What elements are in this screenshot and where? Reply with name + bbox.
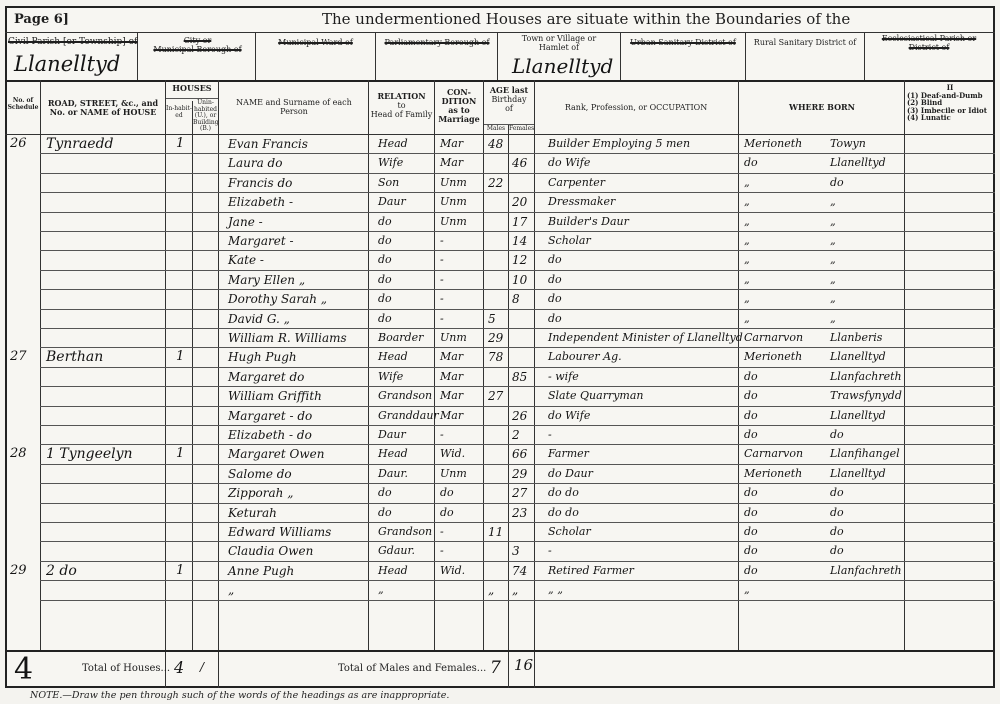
total-males: 7	[490, 658, 501, 678]
cell-condition: -	[440, 428, 444, 442]
civil-parish-value: Llanelltyd	[14, 52, 120, 76]
cell-relation: Wife	[378, 156, 403, 170]
cell-condition: Mar	[440, 350, 463, 364]
cell-occupation: Builder Employing 5 men	[548, 137, 690, 151]
row-divider	[40, 367, 995, 368]
cell-inhabited: 1	[176, 137, 184, 151]
cell-female-age: 10	[512, 273, 527, 287]
row-divider	[40, 231, 995, 232]
cell-female-age: „	[512, 583, 518, 597]
cell-name: Margaret -	[228, 234, 294, 248]
row-divider	[40, 270, 995, 271]
row-divider	[40, 153, 995, 154]
cell-relation: do	[378, 234, 392, 248]
cell-condition: Unm	[440, 331, 467, 345]
cell-born-parish: „	[830, 215, 836, 229]
row-divider	[40, 561, 995, 562]
cell-born-parish: do	[830, 176, 844, 190]
cell-occupation: Independent Minister of Llanelltyd	[548, 331, 743, 345]
cell-occupation: Farmer	[548, 447, 589, 461]
ecclesiastical-parish-label: Ecclesiastical Parish orDistrict of	[866, 34, 992, 52]
cell-born-county: Merioneth	[744, 137, 802, 151]
cell-relation: do	[378, 506, 392, 520]
cell-male-age: 11	[488, 525, 503, 539]
cell-born-county: do	[744, 486, 758, 500]
cell-born-county: „	[744, 234, 750, 248]
cell-road: 2 do	[46, 564, 77, 578]
cell-born-county: „	[744, 195, 750, 209]
cell-name: Margaret Owen	[228, 447, 324, 461]
cell-condition: -	[440, 273, 444, 287]
cell-name: Elizabeth -	[228, 195, 293, 209]
cell-born-parish: do	[830, 506, 844, 520]
cell-condition: Mar	[440, 389, 463, 403]
cell-relation: Head	[378, 350, 408, 364]
cell-born-county: „	[744, 215, 750, 229]
cell-condition: do	[440, 486, 454, 500]
cell-occupation: Scholar	[548, 234, 591, 248]
cell-name: Evan Francis	[228, 137, 308, 151]
cell-name: Mary Ellen „	[228, 273, 305, 287]
cell-born-county: do	[744, 544, 758, 558]
cell-condition: -	[440, 544, 444, 558]
cell-born-county: do	[744, 525, 758, 539]
cell-name: Hugh Pugh	[228, 350, 297, 364]
cell-schedule: 26	[10, 137, 27, 151]
cell-born-county: do	[744, 156, 758, 170]
cell-name: William R. Williams	[228, 331, 347, 345]
cell-occupation: Slate Quarryman	[548, 389, 644, 403]
cell-born-county: „	[744, 583, 750, 597]
cell-born-county: „	[744, 176, 750, 190]
cell-relation: Grandson	[378, 389, 432, 403]
col-where-born-header: WHERE BORN	[740, 103, 904, 112]
cell-relation: do	[378, 312, 392, 326]
row-divider	[40, 600, 995, 601]
document-title: The undermentioned Houses are situate wi…	[322, 10, 850, 28]
row-divider	[40, 212, 995, 213]
cell-condition: Mar	[440, 137, 463, 151]
cell-condition: -	[440, 525, 444, 539]
col-occupation-header: Rank, Profession, or OCCUPATION	[536, 103, 736, 112]
cell-born-parish: Llanelltyd	[830, 350, 886, 364]
cell-occupation: do Daur	[548, 467, 593, 481]
cell-condition: Wid.	[440, 447, 465, 461]
row-divider	[40, 444, 995, 445]
cell-condition: Mar	[440, 370, 463, 384]
cell-born-parish: Llanelltyd	[830, 156, 886, 170]
civil-parish-label: Civil Parish [or Township] of	[8, 37, 137, 47]
urban-sanitary-label: Urban Sanitary District of	[622, 38, 744, 47]
cell-occupation: do do	[548, 506, 579, 520]
row-divider	[40, 580, 995, 581]
row-divider	[40, 386, 995, 387]
cell-born-parish: „	[830, 273, 836, 287]
rural-sanitary-label: Rural Sanitary District of	[747, 38, 863, 47]
cell-male-age: 78	[488, 350, 503, 364]
cell-female-age: 29	[512, 467, 527, 481]
cell-born-parish: „	[830, 312, 836, 326]
cell-born-parish: Llanfihangel	[830, 447, 900, 461]
cell-name: Zipporah „	[228, 486, 293, 500]
cell-inhabited: 1	[176, 447, 184, 461]
cell-born-county: „	[744, 292, 750, 306]
cell-born-parish: Llanfachreth	[830, 370, 902, 384]
cell-female-age: 2	[512, 428, 520, 442]
cell-born-county: Merioneth	[744, 350, 802, 364]
row-divider	[40, 192, 995, 193]
cell-occupation: do	[548, 273, 562, 287]
cell-female-age: 20	[512, 195, 527, 209]
col-males-header: Males	[484, 126, 508, 133]
total-females: 16	[514, 656, 533, 674]
row-divider	[40, 425, 995, 426]
col-relation-header: RELATIONtoHead of Family	[369, 92, 434, 119]
cell-relation: do	[378, 215, 392, 229]
cell-condition: Mar	[440, 156, 463, 170]
cell-female-age: 85	[512, 370, 527, 384]
cell-male-age: 5	[488, 312, 496, 326]
cell-schedule: 28	[10, 447, 27, 461]
cell-born-county: „	[744, 312, 750, 326]
cell-occupation: Retired Farmer	[548, 564, 634, 578]
municipal-borough-label: City orMunicipal Borough of	[140, 36, 255, 54]
cell-born-parish: Llanelltyd	[830, 467, 886, 481]
cell-born-county: Merioneth	[744, 467, 802, 481]
cell-relation: Wife	[378, 370, 403, 384]
cell-occupation: Scholar	[548, 525, 591, 539]
cell-male-age: 29	[488, 331, 503, 345]
cell-occupation: - wife	[548, 370, 579, 384]
cell-relation: Daur	[378, 428, 406, 442]
cell-female-age: 46	[512, 156, 527, 170]
total-persons-label: Total of Males and Females...	[338, 663, 486, 674]
cell-born-county: do	[744, 564, 758, 578]
row-divider	[40, 503, 995, 504]
cell-female-age: 14	[512, 234, 527, 248]
cell-male-age: „	[488, 583, 494, 597]
cell-name: Jane -	[228, 215, 263, 229]
cell-name: Margaret do	[228, 370, 304, 384]
row-divider	[40, 309, 995, 310]
parliamentary-borough-label: Parliamentary Borough of	[378, 38, 496, 47]
cell-name: William Griffith	[228, 389, 322, 403]
cell-name: Margaret - do	[228, 409, 312, 423]
cell-female-age: 12	[512, 253, 527, 267]
cell-relation: Gdaur.	[378, 544, 415, 558]
cell-condition: Unm	[440, 467, 467, 481]
cell-condition: -	[440, 253, 444, 267]
cell-name: Dorothy Sarah „	[228, 292, 327, 306]
cell-relation: Son	[378, 176, 399, 190]
cell-born-county: do	[744, 389, 758, 403]
total-houses-label: Total of Houses...	[82, 663, 170, 674]
cell-road: Tynraedd	[46, 137, 114, 151]
cell-female-age: 8	[512, 292, 520, 306]
row-divider	[40, 173, 995, 174]
cell-relation: Boarder	[378, 331, 423, 345]
cell-inhabited: 1	[176, 350, 184, 364]
cell-born-county: Carnarvon	[744, 447, 803, 461]
row-divider	[40, 250, 995, 251]
row-divider	[40, 522, 995, 523]
cell-male-age: 22	[488, 176, 503, 190]
cell-born-county: do	[744, 506, 758, 520]
town-village-value: Llanelltyd	[512, 54, 613, 78]
cell-occupation: do	[548, 312, 562, 326]
cell-male-age: 48	[488, 137, 503, 151]
cell-schedule: 27	[10, 350, 27, 364]
cell-relation: Granddaur	[378, 409, 439, 423]
cell-born-parish: Towyn	[830, 137, 866, 151]
cell-occupation: „ „	[548, 583, 563, 597]
cell-name: David G. „	[228, 312, 290, 326]
cell-born-parish: Trawsfynydd	[830, 389, 902, 403]
col-inhabited-header: In-habit-ed	[166, 106, 192, 119]
page-houses-mark: 4	[14, 652, 33, 687]
row-divider	[40, 406, 995, 407]
cell-name: Francis do	[228, 176, 292, 190]
cell-road: Berthan	[46, 350, 103, 364]
cell-occupation: do Wife	[548, 156, 590, 170]
cell-condition: Wid.	[440, 564, 465, 578]
cell-born-parish: do	[830, 486, 844, 500]
cell-road: 1 Tyngeelyn	[46, 447, 133, 461]
col-name-header: NAME and Surname of each Person	[222, 98, 366, 116]
cell-condition: Unm	[440, 176, 467, 190]
col-uninhabited-header: Unin-habited (U.), or Building (B.)	[193, 100, 218, 133]
cell-occupation: do Wife	[548, 409, 590, 423]
cell-born-county: do	[744, 409, 758, 423]
town-village-label: Town or Village orHamlet of	[500, 34, 618, 52]
cell-born-county: „	[744, 253, 750, 267]
cell-occupation: Carpenter	[548, 176, 605, 190]
cell-female-age: 26	[512, 409, 527, 423]
col-females-header: Females	[509, 126, 534, 133]
cell-relation: do	[378, 253, 392, 267]
row-divider	[40, 483, 995, 484]
col-houses-header: HOUSES	[166, 84, 218, 93]
cell-name: Anne Pugh	[228, 564, 294, 578]
cell-condition: -	[440, 234, 444, 248]
cell-relation: Head	[378, 137, 408, 151]
cell-name: Kate -	[228, 253, 264, 267]
cell-condition: Unm	[440, 195, 467, 209]
footer-note: NOTE.—Draw the pen through such of the w…	[30, 690, 449, 701]
cell-relation: Grandson	[378, 525, 432, 539]
col-age-header: AGE lastBirthdayof	[484, 86, 534, 113]
cell-relation: do	[378, 292, 392, 306]
cell-occupation: do	[548, 253, 562, 267]
col-road-header: ROAD, STREET, &c., and No. or NAME of HO…	[42, 99, 164, 117]
cell-condition: do	[440, 506, 454, 520]
cell-female-age: 74	[512, 564, 527, 578]
cell-born-parish: „	[830, 234, 836, 248]
row-divider	[40, 464, 995, 465]
cell-relation: Daur	[378, 195, 406, 209]
cell-name: Laura do	[228, 156, 282, 170]
cell-female-age: 23	[512, 506, 527, 520]
page-label: Page 6]	[14, 12, 69, 27]
cell-female-age: 27	[512, 486, 527, 500]
cell-born-parish: Llanelltyd	[830, 409, 886, 423]
cell-occupation: -	[548, 428, 552, 442]
cell-condition: Unm	[440, 215, 467, 229]
cell-condition: -	[440, 292, 444, 306]
row-divider	[40, 289, 995, 290]
cell-occupation: -	[548, 544, 552, 558]
row-divider	[40, 328, 995, 329]
row-divider	[40, 347, 995, 348]
cell-name: Edward Williams	[228, 525, 331, 539]
cell-occupation: do do	[548, 486, 579, 500]
cell-female-age: 17	[512, 215, 527, 229]
cell-name: Claudia Owen	[228, 544, 313, 558]
cell-relation: Head	[378, 447, 408, 461]
cell-born-parish: „	[830, 253, 836, 267]
cell-name: „	[228, 583, 234, 597]
cell-born-parish: Llanberis	[830, 331, 882, 345]
col-schedule-header: No. of Schedule	[6, 98, 40, 111]
cell-name: Elizabeth - do	[228, 428, 312, 442]
cell-born-county: Carnarvon	[744, 331, 803, 345]
cell-born-parish: do	[830, 544, 844, 558]
total-houses-uninhabited: /	[200, 660, 204, 674]
cell-occupation: Dressmaker	[548, 195, 615, 209]
cell-born-county: do	[744, 370, 758, 384]
cell-inhabited: 1	[176, 564, 184, 578]
cell-name: Salome do	[228, 467, 292, 481]
municipal-ward-label: Municipal Ward of	[258, 38, 373, 47]
cell-born-county: „	[744, 273, 750, 287]
cell-relation: do	[378, 486, 392, 500]
cell-born-parish: Llanfachreth	[830, 564, 902, 578]
col-condition-header: CON-DITIONas toMarriage	[435, 88, 483, 124]
cell-male-age: 27	[488, 389, 503, 403]
cell-born-parish: „	[830, 195, 836, 209]
cell-relation: Head	[378, 564, 408, 578]
cell-born-parish: do	[830, 428, 844, 442]
total-houses-inhabited: 4	[174, 658, 184, 677]
cell-relation: Daur.	[378, 467, 408, 481]
cell-female-age: 3	[512, 544, 520, 558]
cell-born-parish: „	[830, 292, 836, 306]
row-divider	[40, 541, 995, 542]
cell-female-age: 66	[512, 447, 527, 461]
col-infirmity-header: II (1) Deaf-and-Dumb (2) Blind (3) Imbec…	[907, 84, 993, 122]
cell-occupation: Labourer Ag.	[548, 350, 622, 364]
cell-condition: -	[440, 312, 444, 326]
cell-born-parish: do	[830, 525, 844, 539]
cell-born-county: do	[744, 428, 758, 442]
cell-relation: „	[378, 583, 384, 597]
cell-occupation: do	[548, 292, 562, 306]
cell-schedule: 29	[10, 564, 27, 578]
cell-condition: Mar	[440, 409, 463, 423]
cell-occupation: Builder's Daur	[548, 215, 629, 229]
cell-name: Keturah	[228, 506, 277, 520]
cell-relation: do	[378, 273, 392, 287]
